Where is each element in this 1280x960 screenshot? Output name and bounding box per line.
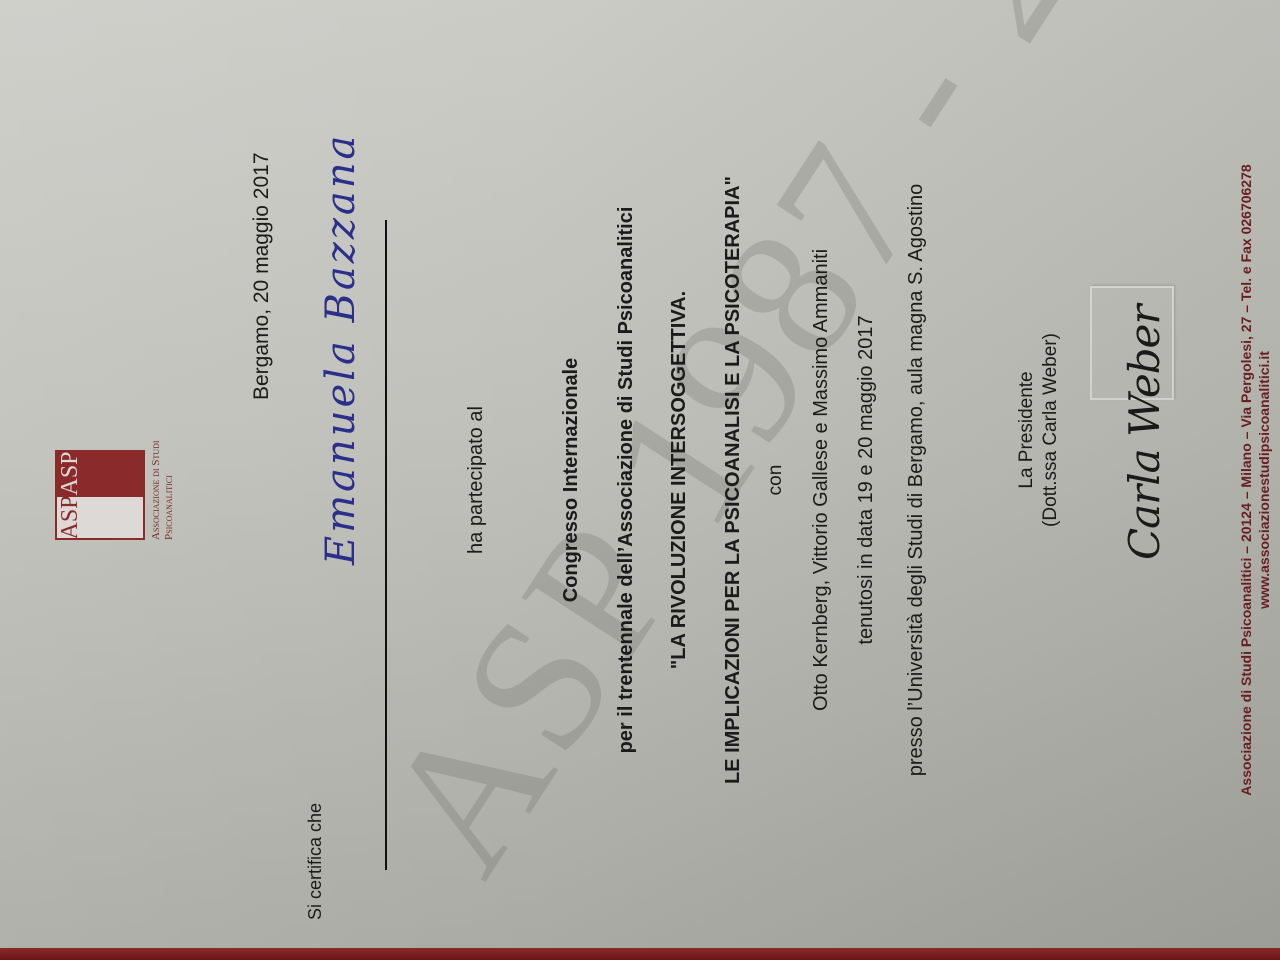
logo-mark-right: ASP: [57, 452, 143, 495]
held-dates: tenutosi in data 19 e 20 maggio 2017: [855, 0, 878, 960]
speakers: Otto Kernberg, Vittorio Gallese e Massim…: [810, 0, 833, 960]
participated-text: ha partecipato al: [465, 0, 488, 960]
event-title-line2: LE IMPLICAZIONI PER LA PSICOANALISI E LA…: [722, 0, 745, 960]
asp-logo: ASP ASP: [55, 450, 145, 540]
with-label: con: [765, 0, 787, 960]
certificate-sheet: ASP 1987 - 2017 ASP ASP Associazione di …: [0, 0, 1280, 960]
date-line: Bergamo, 20 maggio 2017: [250, 153, 274, 401]
venue: presso l’Università degli Studi di Berga…: [905, 0, 928, 960]
footer-address: Associazione di Studi Psicoanalitici – 2…: [1238, 0, 1254, 960]
event-name: Congresso Internazionale: [560, 0, 583, 960]
intro-text: Si certifica che: [305, 803, 326, 920]
participant-name: Emanuela Bazzana: [318, 133, 364, 565]
name-underline: [385, 220, 387, 870]
signatory-name: (Dott.ssa Carla Weber): [1039, 280, 1063, 580]
signatory-role: La Presidente: [1015, 280, 1039, 580]
logo-text: Associazione di Studi Psicoanalitici: [150, 430, 176, 540]
event-occasion: per il trentennale dell’Associazione di …: [615, 0, 638, 960]
signatory-block: La Presidente (Dott.ssa Carla Weber): [1015, 280, 1063, 580]
logo-mark-left: ASP: [57, 495, 143, 538]
footer-website: www.associazionestudipsicoanalitici.it: [1256, 0, 1272, 960]
event-title-line1: "LA RIVOLUZIONE INTERSOGGETTIVA.: [668, 0, 691, 960]
signature: Carla Weber: [1120, 306, 1169, 561]
